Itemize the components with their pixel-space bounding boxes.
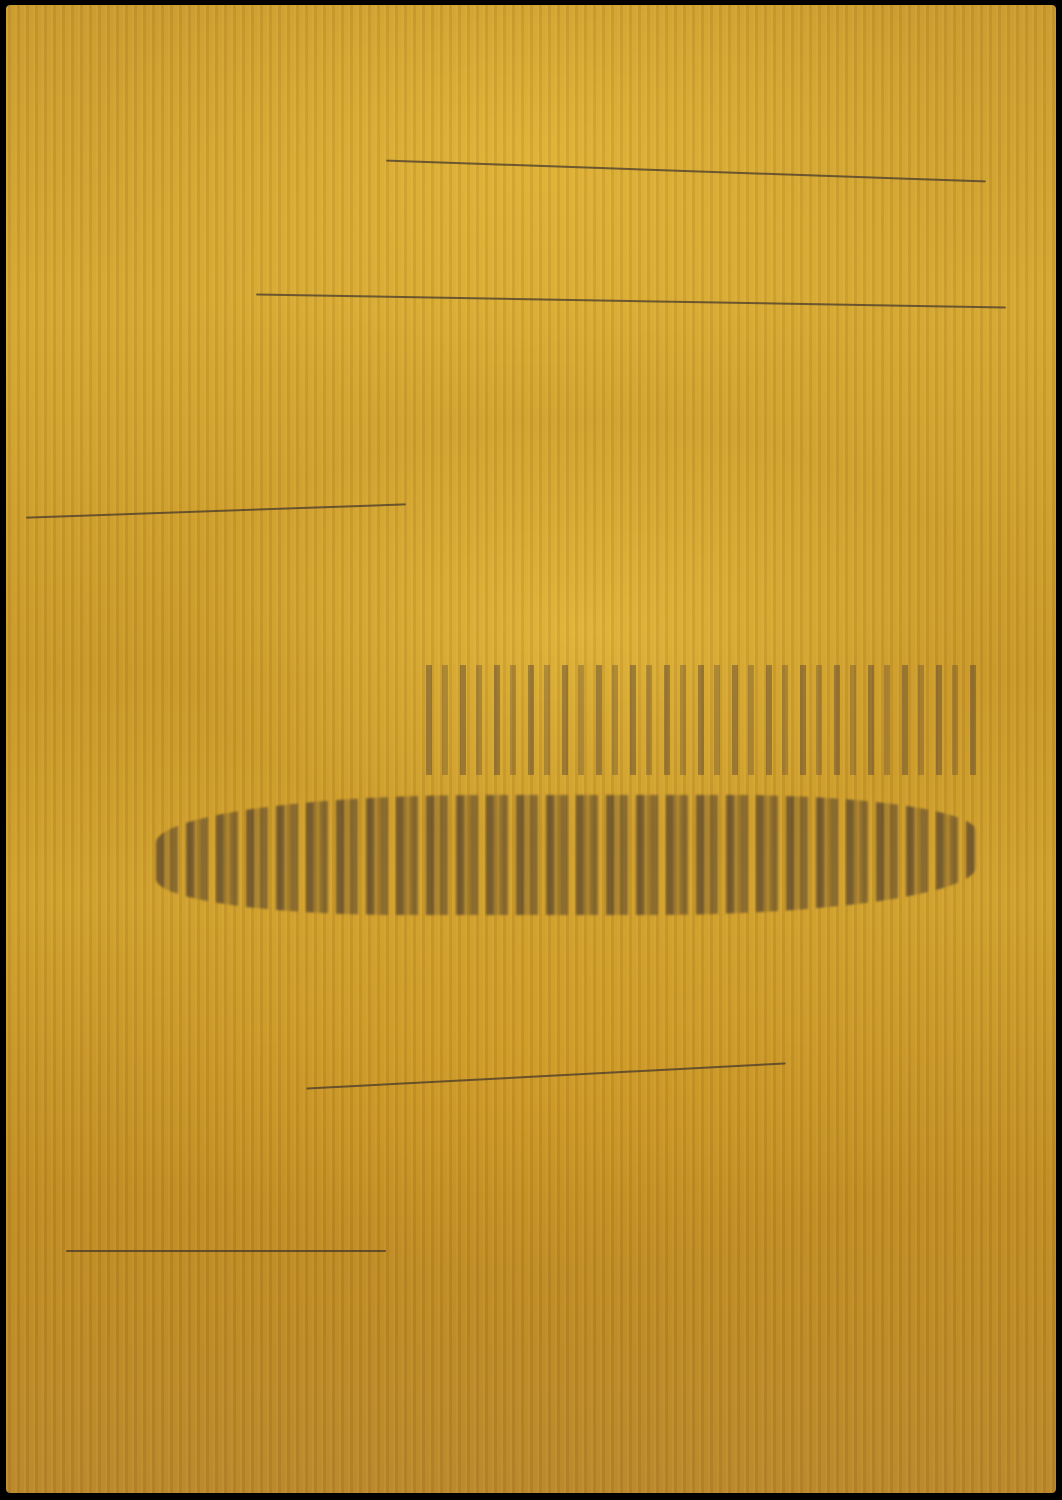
dark-pattern-upper <box>426 665 986 775</box>
scratch-line <box>66 1250 386 1252</box>
rug <box>6 5 1056 1493</box>
scratch-line <box>386 160 986 183</box>
scratch-line <box>306 1062 785 1089</box>
scratch-line <box>26 503 406 518</box>
dark-pattern-band <box>156 795 976 915</box>
scratch-line <box>256 293 1006 308</box>
